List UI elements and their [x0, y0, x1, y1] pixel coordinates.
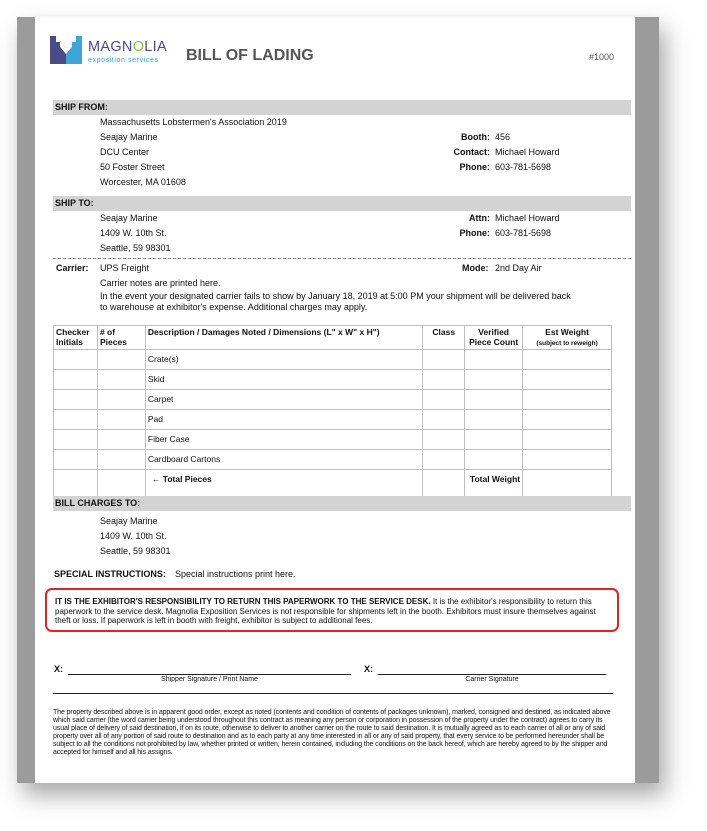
description-cell: Crate(s): [145, 350, 422, 370]
ship-from-heading: SHIP FROM:: [53, 100, 631, 115]
notice-bold: IT IS THE EXHIBITOR'S RESPONSIBILITY TO …: [55, 597, 431, 606]
verified-cell[interactable]: [465, 410, 523, 430]
description-cell: Carpet: [145, 390, 422, 410]
col-est-weight: Est Weight(subject to reweigh): [523, 326, 612, 350]
booth-label: Booth:: [400, 130, 490, 145]
checker-cell[interactable]: [54, 430, 98, 450]
carrier-x-label: X:: [364, 662, 373, 677]
class-cell[interactable]: [423, 350, 465, 370]
magnolia-logo-icon: [50, 34, 82, 64]
carrier-warning-line: to warehouse at exhibitor's expense. Add…: [100, 302, 571, 313]
description-cell: Pad: [145, 410, 422, 430]
address-line: DCU Center: [100, 145, 287, 160]
table-row: Pad: [54, 410, 612, 430]
class-cell[interactable]: [423, 430, 465, 450]
special-instructions-value: Special instructions print here.: [175, 567, 296, 582]
address-line: 1409 W. 10th St.: [100, 529, 171, 544]
ship-to-address: Seajay Marine 1409 W. 10th St. Seattle, …: [100, 211, 171, 256]
col-description: Description / Damages Noted / Dimensions…: [145, 326, 422, 350]
weight-cell[interactable]: [523, 410, 612, 430]
shipper-signature-caption: Shipper Signature / Print Name: [68, 676, 351, 683]
document-title: BILL OF LADING: [186, 47, 314, 65]
carrier-signature-line[interactable]: [378, 674, 606, 675]
responsibility-notice: IT IS THE EXHIBITOR'S RESPONSIBILITY TO …: [45, 588, 619, 632]
attn-value: Michael Howard: [495, 211, 560, 226]
booth-value: 456: [495, 130, 510, 145]
mode-value: 2nd Day Air: [495, 261, 542, 276]
dashed-divider: [53, 258, 631, 259]
table-row: Carpet: [54, 390, 612, 410]
address-line: 50 Foster Street: [100, 160, 287, 175]
verified-cell[interactable]: [465, 370, 523, 390]
weight-cell[interactable]: [523, 350, 612, 370]
bill-to-address: Seajay Marine 1409 W. 10th St. Seattle, …: [100, 514, 171, 559]
address-line: Seattle, 59 98301: [100, 241, 171, 256]
pieces-cell[interactable]: [97, 350, 145, 370]
special-instructions-label: SPECIAL INSTRUCTIONS:: [54, 567, 166, 582]
carrier-signature-caption: Carrier Signature: [378, 676, 606, 683]
logo-wordmark: MAGNOLIA: [88, 39, 167, 55]
table-row: Fiber Case: [54, 430, 612, 450]
table-header-row: CheckerInitials # ofPieces Description /…: [54, 326, 612, 350]
items-table: CheckerInitials # ofPieces Description /…: [53, 325, 612, 509]
pieces-cell[interactable]: [97, 450, 145, 470]
class-cell[interactable]: [423, 450, 465, 470]
address-line: Seajay Marine: [100, 130, 287, 145]
class-cell[interactable]: [423, 410, 465, 430]
pieces-cell[interactable]: [97, 410, 145, 430]
table-row: Crate(s): [54, 350, 612, 370]
checker-cell[interactable]: [54, 450, 98, 470]
table-row: Cardboard Cartons: [54, 450, 612, 470]
mode-label: Mode:: [462, 261, 489, 276]
checker-cell[interactable]: [54, 350, 98, 370]
ship-to-heading: SHIP TO:: [53, 196, 631, 211]
logo-tagline: exposition services: [88, 57, 159, 64]
verified-cell[interactable]: [465, 350, 523, 370]
weight-cell[interactable]: [523, 390, 612, 410]
checker-cell[interactable]: [54, 370, 98, 390]
carrier-warning-line: In the event your designated carrier fai…: [100, 291, 571, 302]
verified-cell[interactable]: [465, 450, 523, 470]
phone-label: Phone:: [400, 160, 490, 175]
address-line: Massachusetts Lobstermen's Association 2…: [100, 115, 287, 130]
document-number: #1000: [589, 52, 614, 62]
address-line: Seajay Marine: [100, 211, 171, 226]
verified-cell[interactable]: [465, 430, 523, 450]
carrier-value: UPS Freight: [100, 261, 149, 276]
address-line: 1409 W. 10th St.: [100, 226, 171, 241]
phone-value: 603-781-5698: [495, 160, 551, 175]
col-class: Class: [423, 326, 465, 350]
attn-label: Attn:: [400, 211, 490, 226]
ship-to-phone-value: 603-781-5698: [495, 226, 551, 241]
description-cell: Cardboard Cartons: [145, 450, 422, 470]
description-cell: Fiber Case: [145, 430, 422, 450]
weight-cell[interactable]: [523, 430, 612, 450]
carrier-warning: In the event your designated carrier fai…: [100, 291, 571, 313]
pieces-cell[interactable]: [97, 390, 145, 410]
carrier-notes: Carrier notes are printed here.: [100, 276, 221, 291]
shipper-x-label: X:: [54, 662, 63, 677]
signature-divider: [53, 693, 613, 694]
bill-to-heading: BILL CHARGES TO:: [53, 496, 631, 511]
pieces-cell[interactable]: [97, 430, 145, 450]
shipper-signature-line[interactable]: [68, 674, 351, 675]
checker-cell[interactable]: [54, 410, 98, 430]
class-cell[interactable]: [423, 390, 465, 410]
verified-cell[interactable]: [465, 390, 523, 410]
ship-from-address: Massachusetts Lobstermen's Association 2…: [100, 115, 287, 190]
bill-of-lading-page: MAGNOLIA exposition services BILL OF LAD…: [35, 17, 635, 783]
col-verified-count: VerifiedPiece Count: [465, 326, 523, 350]
description-cell: Skid: [145, 370, 422, 390]
pieces-cell[interactable]: [97, 370, 145, 390]
table-row: Skid: [54, 370, 612, 390]
address-line: Seajay Marine: [100, 514, 171, 529]
contact-label: Contact:: [400, 145, 490, 160]
col-pieces: # ofPieces: [97, 326, 145, 350]
address-line: Worcester, MA 01608: [100, 175, 287, 190]
checker-cell[interactable]: [54, 390, 98, 410]
col-checker-initials: CheckerInitials: [54, 326, 98, 350]
address-line: Seattle, 59 98301: [100, 544, 171, 559]
class-cell[interactable]: [423, 370, 465, 390]
legal-terms: The property described above is in appar…: [53, 709, 613, 758]
weight-cell[interactable]: [523, 370, 612, 390]
ship-to-phone-label: Phone:: [400, 226, 490, 241]
contact-value: Michael Howard: [495, 145, 560, 160]
carrier-label: Carrier:: [56, 261, 89, 276]
weight-cell[interactable]: [523, 450, 612, 470]
